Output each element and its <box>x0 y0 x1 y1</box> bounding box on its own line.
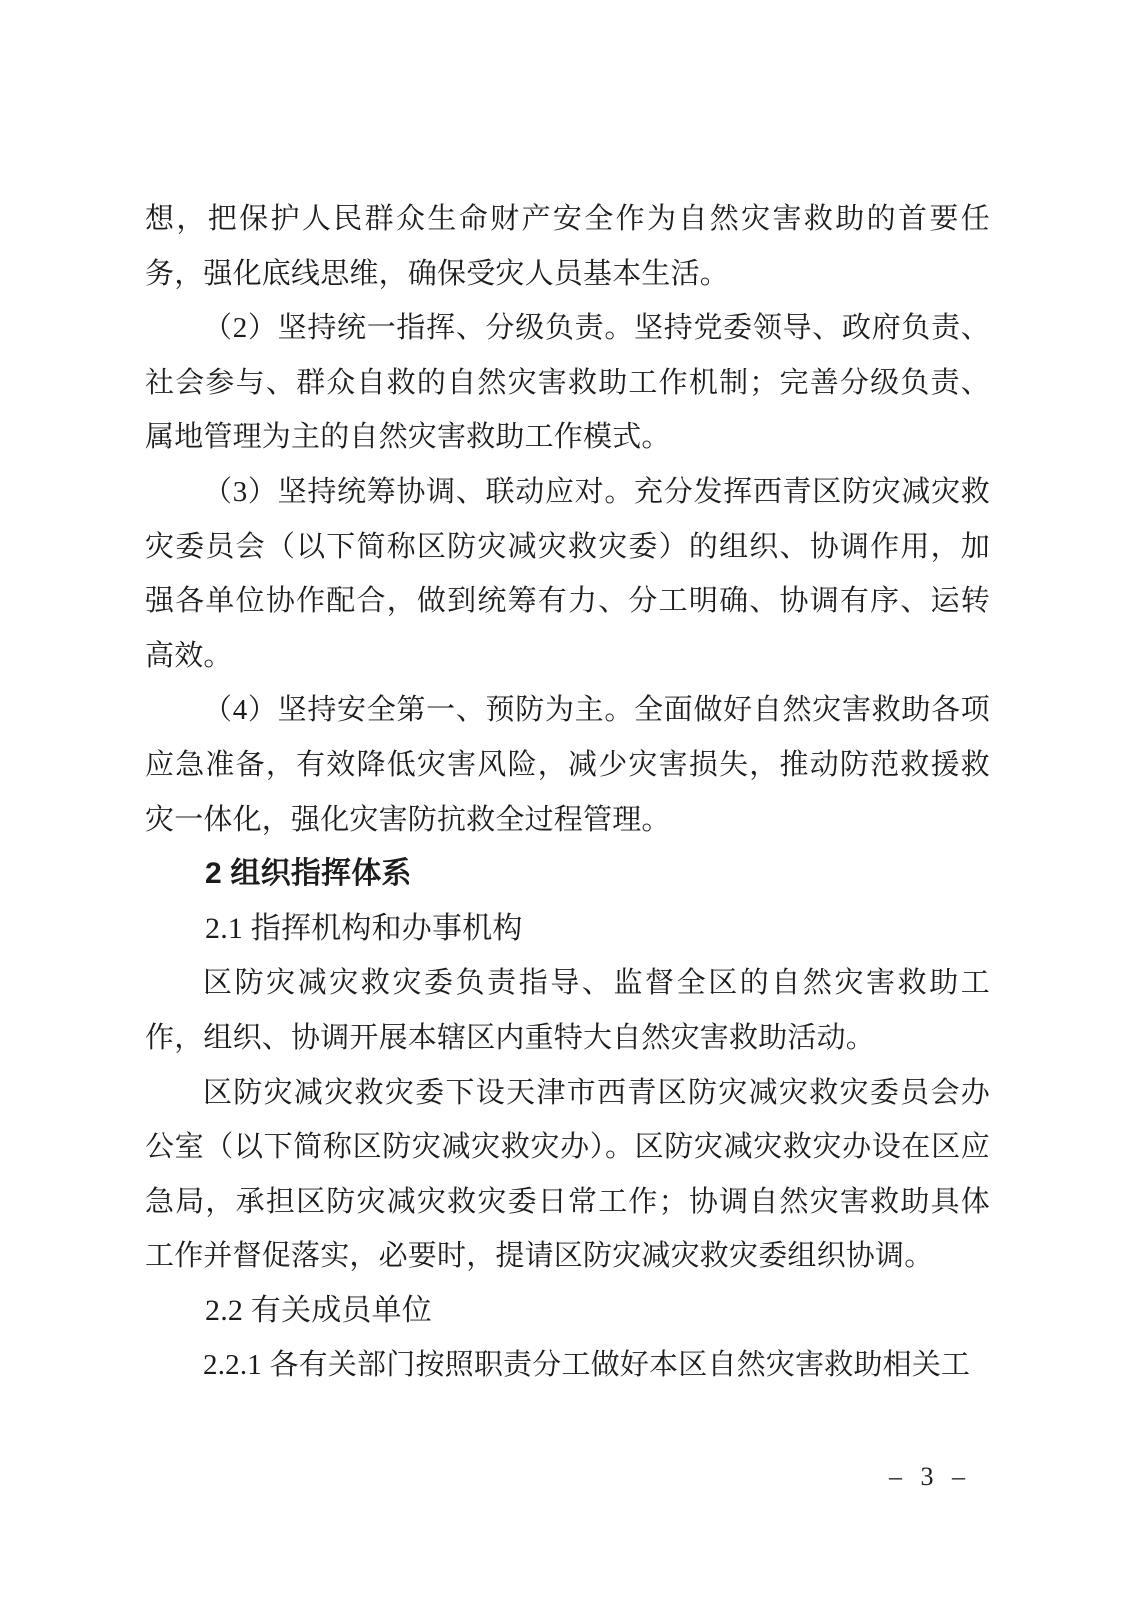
body-paragraph-office-setup: 区防灾减灾救灾委下设天津市西青区防灾减灾救灾委员会办公室（以下简称区防灾减灾救灾… <box>145 1066 990 1284</box>
document-page: 想，把保护人民群众生命财产安全作为自然灾害救助的首要任务，强化底线思维，确保受灾… <box>0 0 1131 1600</box>
body-paragraph-continuation: 想，把保护人民群众生命财产安全作为自然灾害救助的首要任务，强化底线思维，确保受灾… <box>145 192 990 301</box>
subsection-heading-2-2: 2.2 有关成员单位 <box>145 1284 990 1339</box>
text-column: 想，把保护人民群众生命财产安全作为自然灾害救助的首要任务，强化底线思维，确保受灾… <box>145 192 990 1393</box>
subsection-heading-2-1: 2.1 指挥机构和办事机构 <box>145 902 990 957</box>
section-heading-2: 2 组织指挥体系 <box>145 847 990 902</box>
body-paragraph-committee-duties: 区防灾减灾救灾委负责指导、监督全区的自然灾害救助工作，组织、协调开展本辖区内重特… <box>145 956 990 1065</box>
page-number: – 3 – <box>870 1462 990 1492</box>
body-paragraph-principle-3: （3）坚持统筹协调、联动应对。充分发挥西青区防灾减灾救灾委员会（以下简称区防灾减… <box>145 465 990 683</box>
body-paragraph-principle-4: （4）坚持安全第一、预防为主。全面做好自然灾害救助各项应急准备，有效降低灾害风险… <box>145 683 990 847</box>
body-paragraph-member-units: 2.2.1 各有关部门按照职责分工做好本区自然灾害救助相关工 <box>145 1338 990 1393</box>
body-paragraph-principle-2: （2）坚持统一指挥、分级负责。坚持党委领导、政府负责、社会参与、群众自救的自然灾… <box>145 301 990 465</box>
